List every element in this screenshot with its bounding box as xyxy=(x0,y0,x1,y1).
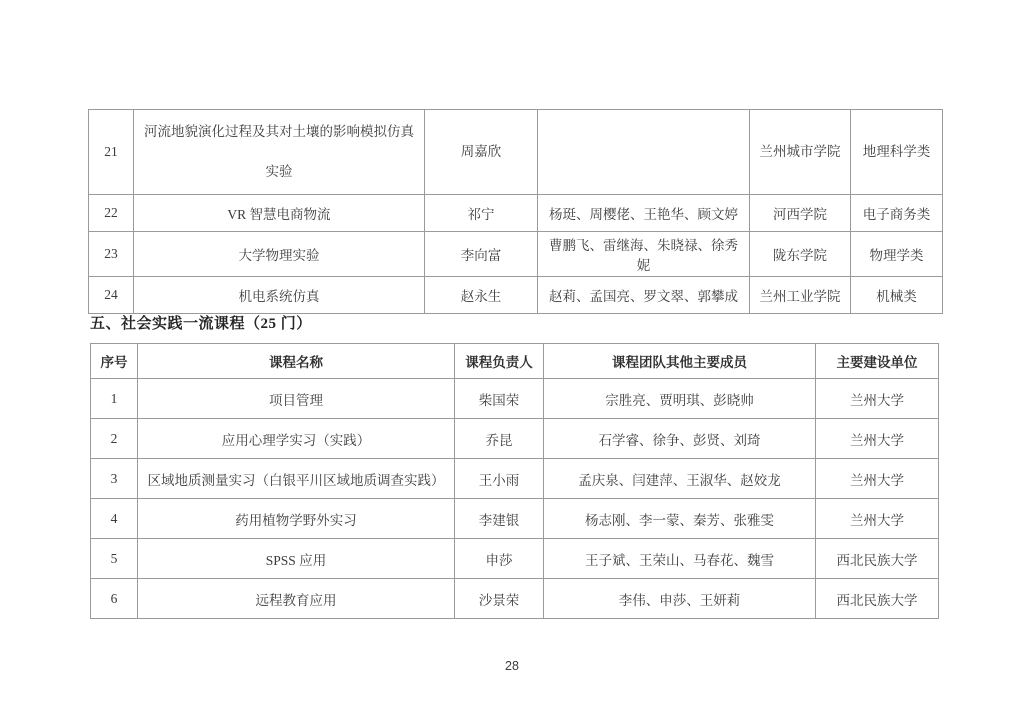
cell-course-name: 机电系统仿真 xyxy=(134,277,425,314)
cell-team-members: 孟庆泉、闫建萍、王淑华、赵姣龙 xyxy=(544,459,816,499)
cell-leader: 李建银 xyxy=(455,499,544,539)
table-row: 6远程教育应用沙景荣李伟、申莎、王妍莉西北民族大学 xyxy=(91,579,939,619)
cell-unit: 兰州城市学院 xyxy=(750,110,851,195)
cell-no: 24 xyxy=(89,277,134,314)
header-cell-team-members: 课程团队其他主要成员 xyxy=(544,344,816,379)
cell-no: 1 xyxy=(91,379,138,419)
header-cell-unit: 主要建设单位 xyxy=(816,344,939,379)
cell-category: 物理学类 xyxy=(851,232,943,277)
cell-team-members: 宗胜亮、贾明琪、彭晓帅 xyxy=(544,379,816,419)
cell-team-members xyxy=(538,110,750,195)
cell-team-members: 杨志刚、李一蒙、秦芳、张雅雯 xyxy=(544,499,816,539)
cell-leader: 柴国荣 xyxy=(455,379,544,419)
courses-table-continued: 21河流地貌演化过程及其对土壤的影响模拟仿真实验周嘉欣兰州城市学院地理科学类22… xyxy=(88,109,943,314)
cell-course-name: 药用植物学野外实习 xyxy=(138,499,455,539)
page-number: 28 xyxy=(0,659,1024,673)
cell-team-members: 曹鹏飞、雷继海、朱晓禄、徐秀妮 xyxy=(538,232,750,277)
cell-unit: 兰州大学 xyxy=(816,459,939,499)
header-cell-course-name: 课程名称 xyxy=(138,344,455,379)
cell-leader: 周嘉欣 xyxy=(425,110,538,195)
cell-team-members: 杨珽、周樱佬、王艳华、顾文婷 xyxy=(538,195,750,232)
cell-unit: 兰州工业学院 xyxy=(750,277,851,314)
social-practice-courses-table: 序号 课程名称 课程负责人 课程团队其他主要成员 主要建设单位 1项目管理柴国荣… xyxy=(90,343,939,619)
document-page: 21河流地貌演化过程及其对土壤的影响模拟仿真实验周嘉欣兰州城市学院地理科学类22… xyxy=(0,0,1024,724)
cell-leader: 祁宁 xyxy=(425,195,538,232)
table-row: 23大学物理实验李向富曹鹏飞、雷继海、朱晓禄、徐秀妮陇东学院物理学类 xyxy=(89,232,943,277)
cell-no: 6 xyxy=(91,579,138,619)
section-heading: 五、社会实践一流课程（25 门） xyxy=(90,312,312,333)
cell-leader: 沙景荣 xyxy=(455,579,544,619)
cell-no: 23 xyxy=(89,232,134,277)
table-row: 24机电系统仿真赵永生赵莉、孟国亮、罗文翠、郭攀成兰州工业学院机械类 xyxy=(89,277,943,314)
table-row: 4药用植物学野外实习李建银杨志刚、李一蒙、秦芳、张雅雯兰州大学 xyxy=(91,499,939,539)
cell-leader: 李向富 xyxy=(425,232,538,277)
cell-leader: 赵永生 xyxy=(425,277,538,314)
table-row: 21河流地貌演化过程及其对土壤的影响模拟仿真实验周嘉欣兰州城市学院地理科学类 xyxy=(89,110,943,195)
cell-team-members: 王子斌、王荣山、马春花、魏雪 xyxy=(544,539,816,579)
table-row: 3区域地质测量实习（白银平川区域地质调查实践）王小雨孟庆泉、闫建萍、王淑华、赵姣… xyxy=(91,459,939,499)
cell-unit: 兰州大学 xyxy=(816,499,939,539)
table-row: 1项目管理柴国荣宗胜亮、贾明琪、彭晓帅兰州大学 xyxy=(91,379,939,419)
cell-no: 2 xyxy=(91,419,138,459)
cell-no: 4 xyxy=(91,499,138,539)
cell-leader: 乔昆 xyxy=(455,419,544,459)
social-practice-courses-table-body: 1项目管理柴国荣宗胜亮、贾明琪、彭晓帅兰州大学2应用心理学实习（实践）乔昆石学睿… xyxy=(91,379,939,619)
cell-no: 22 xyxy=(89,195,134,232)
cell-course-name: 大学物理实验 xyxy=(134,232,425,277)
cell-unit: 兰州大学 xyxy=(816,419,939,459)
cell-leader: 申莎 xyxy=(455,539,544,579)
cell-no: 21 xyxy=(89,110,134,195)
header-cell-leader: 课程负责人 xyxy=(455,344,544,379)
cell-category: 地理科学类 xyxy=(851,110,943,195)
cell-category: 机械类 xyxy=(851,277,943,314)
cell-unit: 西北民族大学 xyxy=(816,579,939,619)
cell-unit: 河西学院 xyxy=(750,195,851,232)
courses-table-continued-body: 21河流地貌演化过程及其对土壤的影响模拟仿真实验周嘉欣兰州城市学院地理科学类22… xyxy=(89,110,943,314)
cell-category: 电子商务类 xyxy=(851,195,943,232)
cell-course-name: SPSS 应用 xyxy=(138,539,455,579)
table-header-row: 序号 课程名称 课程负责人 课程团队其他主要成员 主要建设单位 xyxy=(91,344,939,379)
cell-no: 3 xyxy=(91,459,138,499)
cell-course-name: 区域地质测量实习（白银平川区域地质调查实践） xyxy=(138,459,455,499)
cell-unit: 兰州大学 xyxy=(816,379,939,419)
cell-course-name: 应用心理学实习（实践） xyxy=(138,419,455,459)
cell-leader: 王小雨 xyxy=(455,459,544,499)
cell-team-members: 赵莉、孟国亮、罗文翠、郭攀成 xyxy=(538,277,750,314)
cell-course-name: VR 智慧电商物流 xyxy=(134,195,425,232)
table-row: 22VR 智慧电商物流祁宁杨珽、周樱佬、王艳华、顾文婷河西学院电子商务类 xyxy=(89,195,943,232)
table-row: 5SPSS 应用申莎王子斌、王荣山、马春花、魏雪西北民族大学 xyxy=(91,539,939,579)
cell-course-name: 项目管理 xyxy=(138,379,455,419)
cell-team-members: 李伟、申莎、王妍莉 xyxy=(544,579,816,619)
cell-unit: 陇东学院 xyxy=(750,232,851,277)
table-row: 2应用心理学实习（实践）乔昆石学睿、徐争、彭贤、刘琦兰州大学 xyxy=(91,419,939,459)
header-cell-no: 序号 xyxy=(91,344,138,379)
cell-course-name: 远程教育应用 xyxy=(138,579,455,619)
cell-unit: 西北民族大学 xyxy=(816,539,939,579)
cell-course-name: 河流地貌演化过程及其对土壤的影响模拟仿真实验 xyxy=(134,110,425,195)
cell-no: 5 xyxy=(91,539,138,579)
cell-team-members: 石学睿、徐争、彭贤、刘琦 xyxy=(544,419,816,459)
